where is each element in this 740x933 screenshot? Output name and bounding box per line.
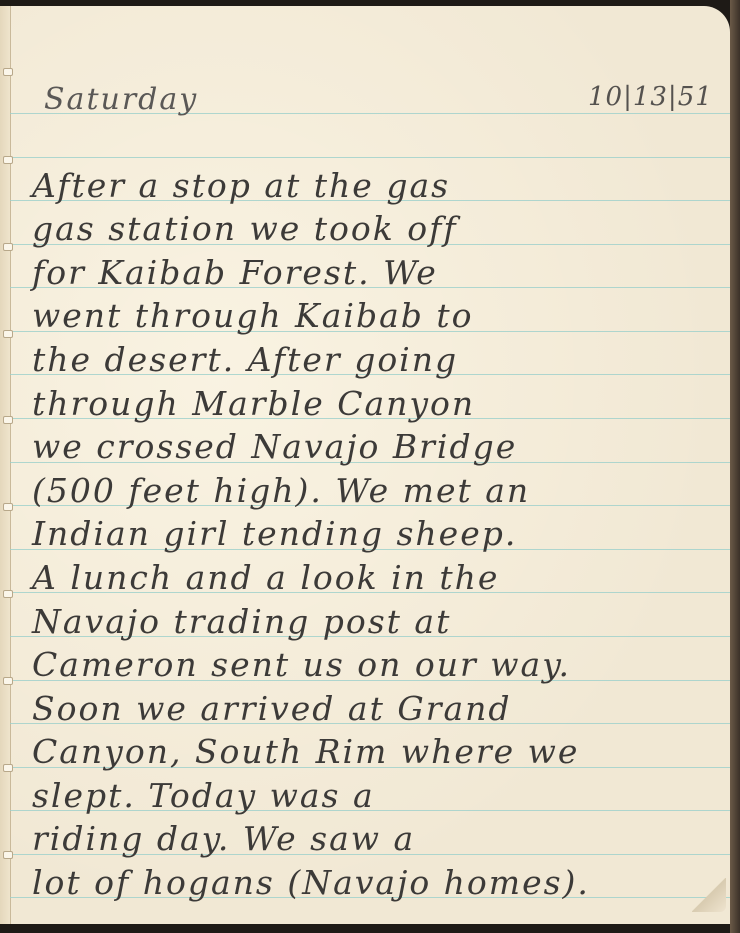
handwritten-line: A lunch and a look in the bbox=[32, 558, 499, 597]
handwritten-line: went through Kaibab to bbox=[32, 296, 473, 335]
handwritten-line: After a stop at the gas bbox=[32, 166, 450, 205]
binding-stitch bbox=[3, 590, 13, 598]
handwritten-line: Cameron sent us on our way. bbox=[32, 645, 571, 684]
binding-stitch bbox=[3, 764, 13, 772]
handwritten-line: through Marble Canyon bbox=[32, 384, 475, 423]
handwritten-line: gas station we took off bbox=[32, 209, 458, 248]
binding-stitch bbox=[3, 68, 13, 76]
binding-stitch bbox=[3, 416, 13, 424]
handwritten-line: riding day. We saw a bbox=[32, 819, 415, 858]
notebook-page: Saturday 10|13|51 After a stop at the ga… bbox=[0, 6, 730, 924]
binding-stitch bbox=[3, 243, 13, 251]
entry-day-heading: Saturday bbox=[44, 82, 198, 117]
handwritten-line: the desert. After going bbox=[32, 340, 458, 379]
binding-stitch bbox=[3, 851, 13, 859]
handwritten-line: slept. Today was a bbox=[32, 776, 375, 815]
binding-stitch bbox=[3, 503, 13, 511]
binding-stitch bbox=[3, 677, 13, 685]
folded-page-corner bbox=[692, 878, 726, 912]
binding-stitch bbox=[3, 330, 13, 338]
handwritten-line: for Kaibab Forest. We bbox=[32, 253, 438, 292]
entry-date: 10|13|51 bbox=[588, 82, 713, 112]
binding-stitch bbox=[3, 156, 13, 164]
handwritten-line: Soon we arrived at Grand bbox=[32, 689, 512, 728]
page-margin-spine bbox=[0, 6, 11, 924]
handwritten-line: (500 feet high). We met an bbox=[32, 471, 530, 510]
notebook-cover-edge bbox=[730, 0, 740, 933]
handwritten-line: Canyon, South Rim where we bbox=[32, 732, 579, 771]
rule-line bbox=[10, 157, 730, 158]
handwritten-line: Indian girl tending sheep. bbox=[32, 514, 517, 553]
handwritten-line: Navajo trading post at bbox=[32, 602, 451, 641]
handwritten-line: we crossed Navajo Bridge bbox=[32, 427, 517, 466]
handwritten-line: lot of hogans (Navajo homes). bbox=[32, 863, 590, 902]
